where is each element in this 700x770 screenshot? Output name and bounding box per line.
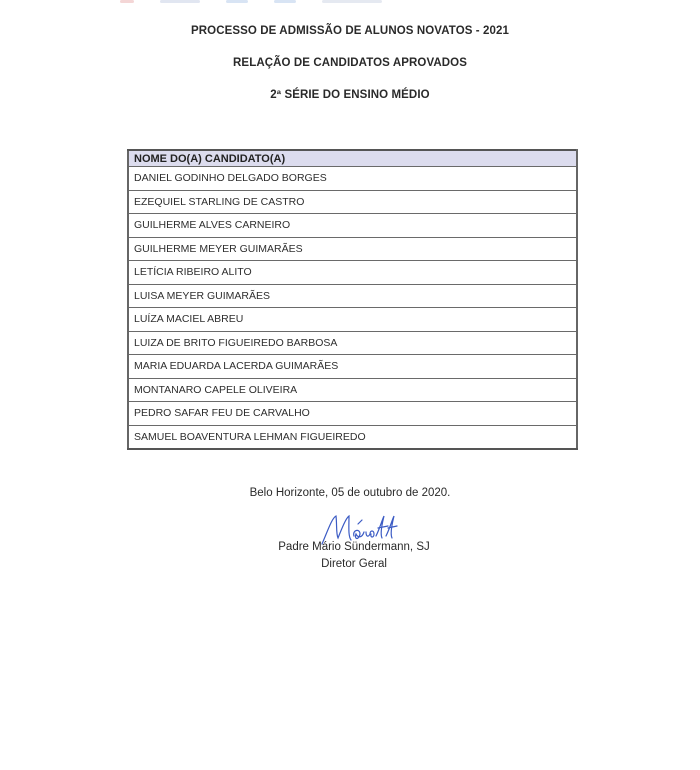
table-row: MONTANARO CAPELE OLIVEIRA <box>128 378 577 402</box>
candidate-name: PEDRO SAFAR FEU DE CARVALHO <box>128 402 577 426</box>
logo-fragment <box>274 0 296 3</box>
candidate-name: DANIEL GODINHO DELGADO BORGES <box>128 167 577 191</box>
candidate-name: GUILHERME ALVES CARNEIRO <box>128 214 577 238</box>
place-and-date: Belo Horizonte, 05 de outubro de 2020. <box>0 487 700 499</box>
candidate-name: LETÍCIA RIBEIRO ALITO <box>128 261 577 285</box>
logo-fragment <box>120 0 134 3</box>
signer-role: Diretor Geral <box>4 558 700 570</box>
table-row: LUIZA DE BRITO FIGUEIREDO BARBOSA <box>128 331 577 355</box>
logo-fragment <box>160 0 200 3</box>
table-row: SAMUEL BOAVENTURA LEHMAN FIGUEIREDO <box>128 425 577 449</box>
header-logo-strip <box>120 0 410 5</box>
document-title: PROCESSO DE ADMISSÃO DE ALUNOS NOVATOS -… <box>0 25 700 37</box>
approved-candidates-table: NOME DO(A) CANDIDATO(A) DANIEL GODINHO D… <box>127 149 578 450</box>
table-row: PEDRO SAFAR FEU DE CARVALHO <box>128 402 577 426</box>
grade-level: 2ª SÉRIE DO ENSINO MÉDIO <box>0 89 700 101</box>
candidate-name: EZEQUIEL STARLING DE CASTRO <box>128 190 577 214</box>
table-row: LETÍCIA RIBEIRO ALITO <box>128 261 577 285</box>
table-row: LUISA MEYER GUIMARÃES <box>128 284 577 308</box>
candidate-name: MONTANARO CAPELE OLIVEIRA <box>128 378 577 402</box>
candidate-name: LUIZA DE BRITO FIGUEIREDO BARBOSA <box>128 331 577 355</box>
candidate-name: GUILHERME MEYER GUIMARÃES <box>128 237 577 261</box>
table-row: GUILHERME MEYER GUIMARÃES <box>128 237 577 261</box>
table-header-row: NOME DO(A) CANDIDATO(A) <box>128 150 577 167</box>
candidate-name: LUÍZA MACIEL ABREU <box>128 308 577 332</box>
logo-fragment <box>322 0 382 3</box>
table-row: DANIEL GODINHO DELGADO BORGES <box>128 167 577 191</box>
table-row: MARIA EDUARDA LACERDA GUIMARÃES <box>128 355 577 379</box>
column-header-name: NOME DO(A) CANDIDATO(A) <box>128 150 577 167</box>
candidate-name: MARIA EDUARDA LACERDA GUIMARÃES <box>128 355 577 379</box>
table-row: LUÍZA MACIEL ABREU <box>128 308 577 332</box>
document-subtitle: RELAÇÃO DE CANDIDATOS APROVADOS <box>0 57 700 69</box>
table-row: EZEQUIEL STARLING DE CASTRO <box>128 190 577 214</box>
candidate-name: SAMUEL BOAVENTURA LEHMAN FIGUEIREDO <box>128 425 577 449</box>
logo-fragment <box>226 0 248 3</box>
signer-name: Padre Mário Sündermann, SJ <box>4 541 700 553</box>
table-body: DANIEL GODINHO DELGADO BORGESEZEQUIEL ST… <box>128 167 577 450</box>
candidate-name: LUISA MEYER GUIMARÃES <box>128 284 577 308</box>
table-row: GUILHERME ALVES CARNEIRO <box>128 214 577 238</box>
